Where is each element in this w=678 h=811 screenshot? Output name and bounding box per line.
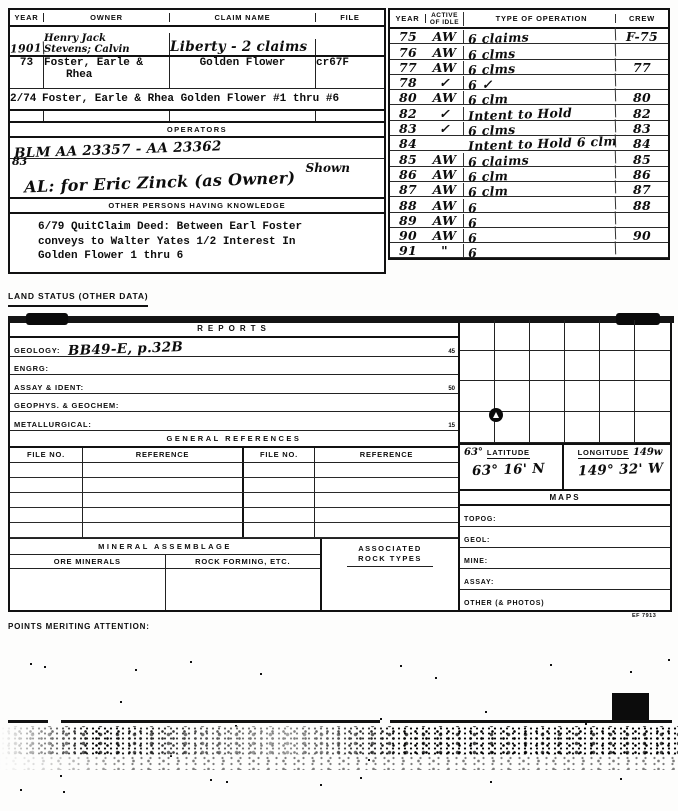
empty-cell [244,508,314,522]
mineral-assemblage-body [10,569,320,611]
points-meriting-attention-label: POINTS MERITING ATTENTION: [8,616,150,634]
genref-empty-row [10,508,458,523]
scan-artifact-square [612,693,649,722]
report-label: ENGRG: [14,364,49,373]
reports-pane: REPORTS GEOLOGY: BB49-E, p.32B 45 ENGRG: [10,320,460,610]
grid-cell [530,412,565,443]
empty-cell [82,463,244,477]
claim-owner-line2: Stevens; Calvin [44,44,169,55]
operation-row: 91 " 6 [390,243,668,258]
empty-cell [314,463,458,477]
map-row-label: OTHER (& PHOTOS) [464,600,544,607]
claim-name: Liberty - 2 claims [170,39,316,55]
operators-shown-note: Shown [306,161,350,175]
scan-speckles-bottom [60,775,62,777]
empty-cell [10,463,82,477]
prospect-location-marker-icon [489,408,503,422]
operation-row: 82 ✓ Intent to Hold 82 [390,105,668,120]
map-row: ASSAY: [460,569,670,590]
rock-forming-column: ROCK FORMING, ETC. [166,555,321,568]
operation-row: 83 ✓ 6 clms 83 [390,121,668,136]
operation-row: 90 AW 6 90 [390,228,668,243]
operation-row: 80 AW 6 clm 80 [390,90,668,105]
op-year: 78 [390,76,426,89]
scan-blob-left [26,313,68,325]
op-crew: 84 [616,137,668,150]
genref-empty-row [10,493,458,508]
grid-cell [565,412,600,443]
claims-row-1901: 1901 Henry Jack Stevens; Calvin Liberty … [10,27,384,57]
claim-year: 73 [10,57,44,88]
maps-title: MAPS [549,493,580,502]
claim-owner: Henry Jack Stevens; Calvin [44,33,170,55]
report-label: METALLURGICAL: [14,420,92,429]
empty-cell [10,478,82,492]
mineral-assemblage-columns: ORE MINERALS ROCK FORMING, ETC. [10,555,320,569]
other-persons-section-header: OTHER PERSONS HAVING KNOWLEDGE [10,199,384,214]
claims-col-year: YEAR [10,13,44,22]
report-line-number: 45 [448,349,455,355]
grid-cell [635,351,670,382]
land-status-label: LAND STATUS (OTHER DATA) [8,286,148,307]
report-row: ENGRG: [10,357,458,376]
empty-cell [170,111,316,121]
associated-rock-types-line1: ASSOCIATED [358,544,422,554]
grid-cell [600,320,635,351]
location-pane: 63° LATITUDE 63° 16' N LONGITUDE 149w 14… [460,320,670,610]
op-year: 88 [390,199,426,212]
grid-cell [565,351,600,382]
empty-cell [10,493,82,507]
op-crew: 90 [616,229,668,242]
grid-cell [495,351,530,382]
report-row: METALLURGICAL: 15 [10,412,458,431]
op-active-idle: " [426,244,464,257]
latitude-label: LATITUDE [487,448,530,459]
map-row: TOPOG: [460,506,670,527]
claims-row-73: 73 Foster, Earle & Rhea Golden Flower cr… [10,57,384,89]
empty-cell [44,111,170,121]
scan-speckles [30,663,32,665]
operators-line-1: BLM AA 23357 - AA 23362 [10,138,384,159]
op-year: 80 [390,91,426,104]
location-grid [460,320,670,445]
grid-cell [565,320,600,351]
ops-col-active-line2: OF IDLE [426,19,463,26]
op-active-idle: AW [426,168,464,181]
grid-cell [600,351,635,382]
report-rows: GEOLOGY: BB49-E, p.32B 45 ENGRG: ASSAY &… [10,338,458,431]
reports-title: REPORTS [197,324,271,333]
claims-empty-row [10,111,384,123]
op-year: 85 [390,153,426,166]
longitude-handwritten-suffix: 149w [633,447,662,458]
empty-cell [10,523,82,537]
operation-row: 86 AW 6 clm 86 [390,167,668,182]
map-row-label: MINE: [464,558,488,565]
op-type-of-operation: 6 [464,242,616,260]
op-year: 84 [390,137,426,150]
grid-cell [635,412,670,443]
op-year: 82 [390,107,426,120]
grid-cell [460,381,495,412]
ops-col-active-idle: ACTIVE OF IDLE [426,12,464,26]
report-row: ASSAY & IDENT: 50 [10,375,458,394]
maps-header: MAPS [460,491,670,506]
report-label: GEOLOGY: [14,346,60,355]
coordinates-section: 63° LATITUDE 63° 16' N LONGITUDE 149w 14… [460,445,670,491]
operations-table-header: YEAR ACTIVE OF IDLE TYPE OF OPERATION CR… [390,10,668,29]
ops-col-year: YEAR [390,14,426,23]
mineral-assemblage-title: MINERAL ASSEMBLAGE [98,542,232,551]
operation-row: 77 AW 6 clms 77 [390,60,668,75]
op-crew: F-75 [616,30,668,43]
points-meriting-attention-text: POINTS MERITING ATTENTION: [8,622,150,631]
operations-table: YEAR ACTIVE OF IDLE TYPE OF OPERATION CR… [388,8,670,260]
op-active-idle: AW [426,46,464,59]
claims-col-claim-name: CLAIM NAME [170,13,316,22]
land-status-text: LAND STATUS (OTHER DATA) [8,291,148,301]
op-active-idle: AW [426,30,464,43]
longitude-label: LONGITUDE [578,448,629,459]
report-value: BB49-E, p.32B [68,338,184,358]
op-crew: 85 [616,153,668,166]
empty-cell [10,111,44,121]
empty-cell [244,493,314,507]
op-active-idle: AW [426,153,464,166]
mineral-assemblage-box: MINERAL ASSEMBLAGE ORE MINERALS ROCK FOR… [10,539,322,611]
op-year: 77 [390,61,426,74]
map-row: GEOL: [460,527,670,548]
claim-owner-line1: Foster, Earle & [44,57,169,69]
latitude-value: 63° 16' N [464,460,545,479]
operators-section-header: OPERATORS [10,123,384,138]
grid-cell [600,381,635,412]
general-references-title: GENERAL REFERENCES [167,434,302,443]
empty-cell [244,478,314,492]
empty-cell [314,493,458,507]
report-label: GEOPHYS. & GEOCHEM: [14,401,119,410]
claim-year: 1901 [10,41,44,55]
op-year: 87 [390,183,426,196]
op-active-idle: AW [426,91,464,104]
report-row: GEOLOGY: BB49-E, p.32B 45 [10,338,458,357]
op-active-idle: AW [426,214,464,227]
op-crew: 83 [616,122,668,135]
ops-col-crew: CREW [616,14,668,23]
empty-cell [82,508,244,522]
claim-entry-text: Foster, Earle & Rhea Golden Flower #1 th… [42,93,384,105]
empty-cell [244,463,314,477]
grid-cell [495,320,530,351]
genref-col-ref2: REFERENCE [314,448,458,462]
op-year: 75 [390,30,426,43]
map-row-label: GEOL: [464,537,490,544]
op-year: 83 [390,122,426,135]
operators-title: OPERATORS [167,125,227,134]
grid-cell [635,381,670,412]
associated-rock-types-line2: ROCK TYPES [358,554,422,564]
operation-row: 85 AW 6 claims 85 [390,151,668,166]
scan-noise-band [0,726,678,756]
genref-empty-row [10,478,458,493]
claim-owner-line2: Rhea [44,69,169,81]
reports-and-maps-form: REPORTS GEOLOGY: BB49-E, p.32B 45 ENGRG: [8,318,672,612]
operators-line-2: 83 Shown AL: for Eric Zinck (as Owner) [10,159,384,199]
genref-col-file1: FILE NO. [10,448,82,462]
claims-col-owner: OWNER [44,13,170,22]
operation-row: 84 Intent to Hold 6 clms 84 [390,136,668,151]
marker-triangle-glyph [493,412,499,418]
grid-cell [635,320,670,351]
operation-row: 78 ✓ 6 ✓ [390,75,668,90]
op-active-idle: AW [426,229,464,242]
claim-name: Golden Flower [170,57,316,88]
grid-cell [460,320,495,351]
scan-edge-line [8,720,672,723]
scan-noise-band-faint [0,754,678,770]
grid-cell [495,381,530,412]
claims-col-file: FILE [316,13,384,22]
empty-cell [314,523,458,537]
grid-cell [530,351,565,382]
latitude-handwritten-prefix: 63° [464,447,483,458]
general-references-header: GENERAL REFERENCES [10,431,458,448]
op-year: 90 [390,229,426,242]
general-references-columns: FILE NO. REFERENCE FILE NO. REFERENCE [10,448,458,463]
genref-empty-row [10,523,458,538]
operation-row: 89 AW 6 [390,213,668,228]
empty-cell [10,508,82,522]
mining-claim-record-card: YEAR OWNER CLAIM NAME FILE 1901 Henry Ja… [0,0,678,811]
grid-cell [600,412,635,443]
claim-owner-line1: Henry Jack [44,33,169,44]
op-active-idle: AW [426,183,464,196]
other-persons-title: OTHER PERSONS HAVING KNOWLEDGE [108,201,285,210]
op-active-idle: AW [426,199,464,212]
grid-cell [530,320,565,351]
operation-row: 88 AW 6 88 [390,197,668,212]
report-line-number: 15 [448,423,455,429]
claim-owner: Foster, Earle & Rhea [44,57,170,88]
longitude-box: LONGITUDE 149w 149° 32' W [564,445,670,489]
op-year: 89 [390,214,426,227]
ore-minerals-cell [10,569,166,611]
map-row-label: TOPOG: [464,516,496,523]
op-year: 76 [390,46,426,59]
claims-row-74: 2/74 Foster, Earle & Rhea Golden Flower … [10,89,384,111]
op-year: 91 [390,244,426,257]
other-persons-body: 6/79 QuitClaim Deed: Between Earl Foster… [10,214,384,272]
map-row: MINE: [460,548,670,569]
empty-cell [82,493,244,507]
ops-col-active-line1: ACTIVE [426,12,463,19]
mineral-assemblage-header: MINERAL ASSEMBLAGE [10,539,320,555]
claims-table-header: YEAR OWNER CLAIM NAME FILE [10,10,384,27]
form-number: EF 7913 [632,613,656,619]
empty-cell [82,523,244,537]
empty-cell [244,523,314,537]
genref-empty-row [10,463,458,478]
op-crew: 88 [616,199,668,212]
report-label: ASSAY & IDENT: [14,383,84,392]
op-crew: 86 [616,168,668,181]
empty-cell [316,111,384,121]
op-active-idle: ✓ [426,122,464,135]
grid-cell [460,351,495,382]
op-active-idle: ✓ [426,107,464,120]
report-row: GEOPHYS. & GEOCHEM: [10,394,458,413]
genref-col-ref1: REFERENCE [82,448,244,462]
op-crew: 80 [616,91,668,104]
op-crew: 82 [616,107,668,120]
maps-rows: TOPOG: GEOL: MINE: ASSAY: OT [460,506,670,610]
operation-row: 87 AW 6 clm 87 [390,182,668,197]
op-year: 86 [390,168,426,181]
general-references-empty-rows [10,463,458,538]
operators-agent-entry: AL: for Eric Zinck (as Owner) [9,154,295,202]
claims-table: YEAR OWNER CLAIM NAME FILE 1901 Henry Ja… [8,8,386,274]
op-active-idle: ✓ [426,76,464,89]
map-row: OTHER (& PHOTOS) [460,590,670,610]
operations-rows: 75 AW 6 claims F-75 76 AW 6 clms 77 AW 6… [390,29,668,258]
map-row-label: ASSAY: [464,579,494,586]
operation-row: 76 AW 6 clms [390,44,668,59]
operation-row: 75 AW 6 claims F-75 [390,29,668,44]
op-crew: 77 [616,61,668,74]
empty-cell [82,478,244,492]
op-active-idle: AW [426,61,464,74]
claim-year: 2/74 [10,93,42,105]
empty-cell [314,478,458,492]
quitclaim-deed-text: 6/79 QuitClaim Deed: Between Earl Foster… [38,220,314,264]
report-line-number: 50 [448,386,455,392]
grid-cell [565,381,600,412]
associated-rock-types-rule [347,566,433,567]
longitude-value: 149° 32' W [570,460,664,479]
mineral-assemblage-section: MINERAL ASSEMBLAGE ORE MINERALS ROCK FOR… [10,538,458,611]
ops-col-type: TYPE OF OPERATION [464,14,616,23]
associated-rock-types-box: ASSOCIATED ROCK TYPES [322,539,458,611]
ore-minerals-column: ORE MINERALS [10,555,166,568]
latitude-box: 63° LATITUDE 63° 16' N [460,445,564,489]
rock-forming-cell [166,569,321,611]
op-crew: 87 [616,183,668,196]
genref-col-file2: FILE NO. [244,448,314,462]
claim-file: cr67F [316,57,384,88]
empty-cell [314,508,458,522]
grid-cell [530,381,565,412]
